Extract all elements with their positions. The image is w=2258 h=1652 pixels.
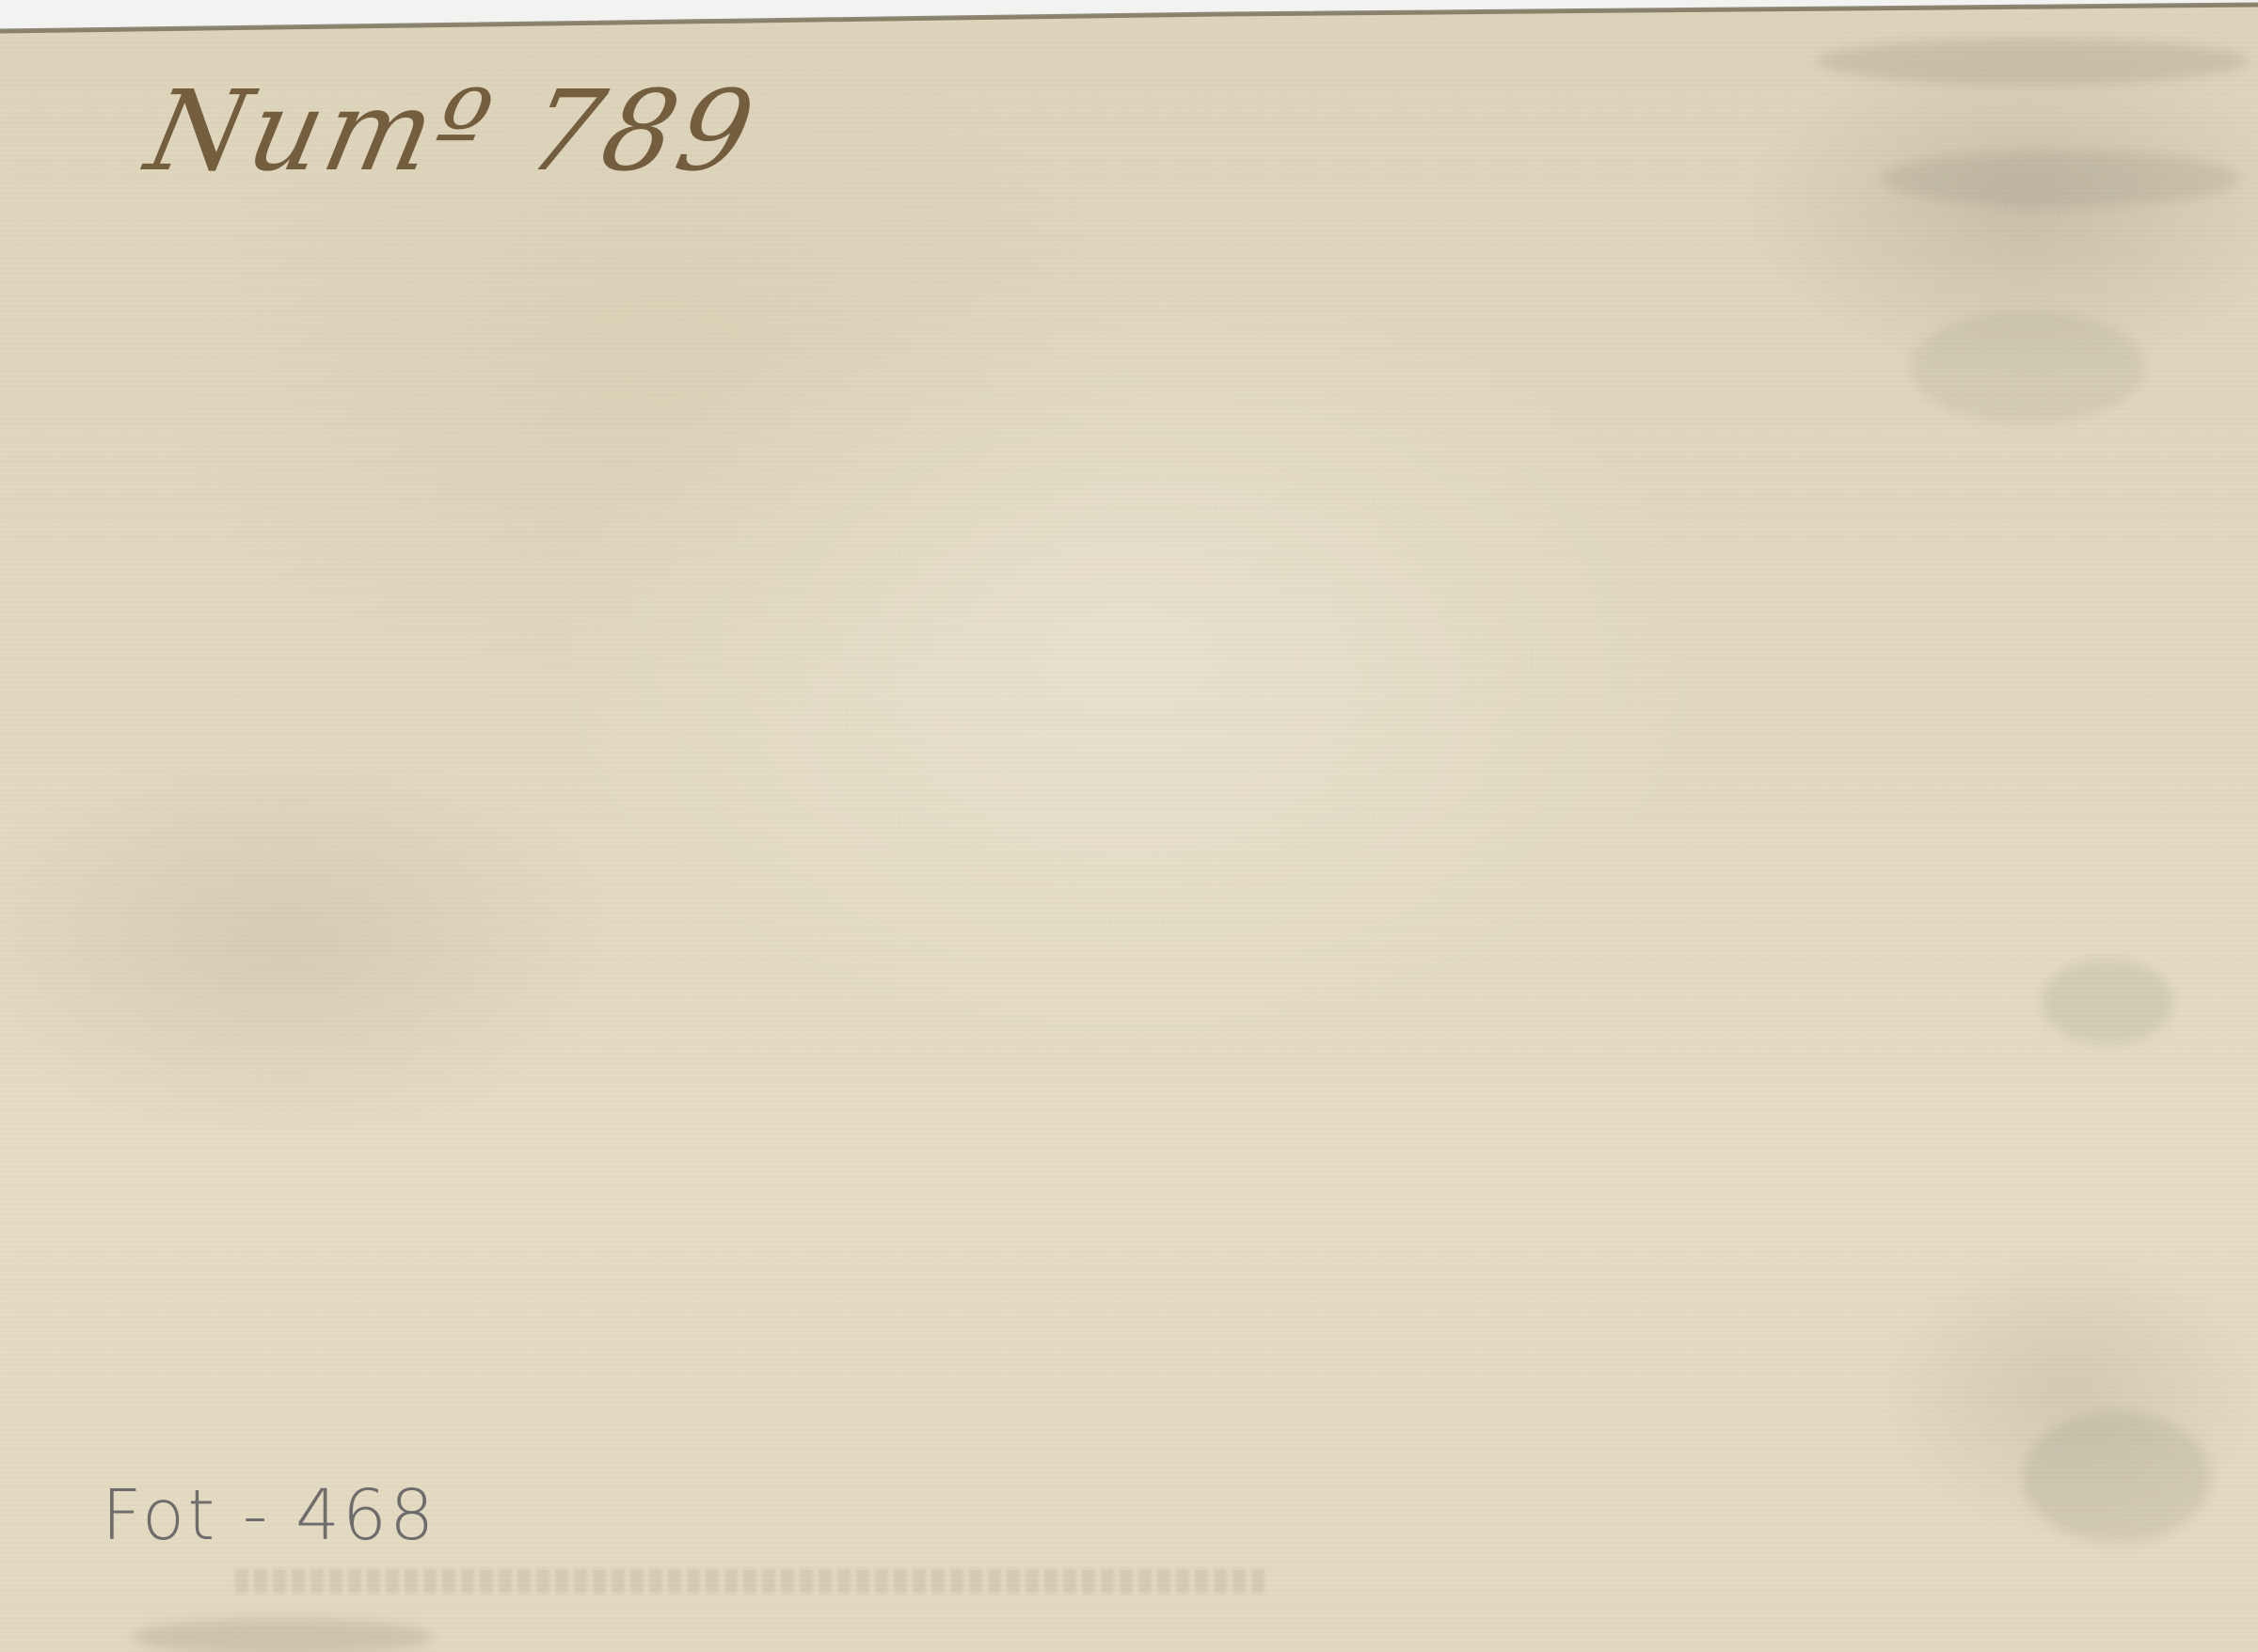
paper-texture <box>0 0 2258 1652</box>
ink-inventory-number: Numº 789 <box>136 66 768 196</box>
smudge-top-right <box>1910 310 2145 423</box>
smudge-right <box>2042 960 2173 1044</box>
card-mount-verso: Numº 789 Fot - 468 <box>0 0 2258 1652</box>
smudge-top-right <box>1816 38 2249 85</box>
smudge-bottom-left <box>132 1618 433 1652</box>
faint-offset-printing <box>235 1569 1270 1594</box>
smudge-top-right <box>1882 151 2239 207</box>
pencil-catalog-number: Fot - 468 <box>102 1475 437 1556</box>
smudge-bottom-right <box>2023 1411 2211 1543</box>
scanned-document: Numº 789 Fot - 468 <box>0 0 2258 1652</box>
